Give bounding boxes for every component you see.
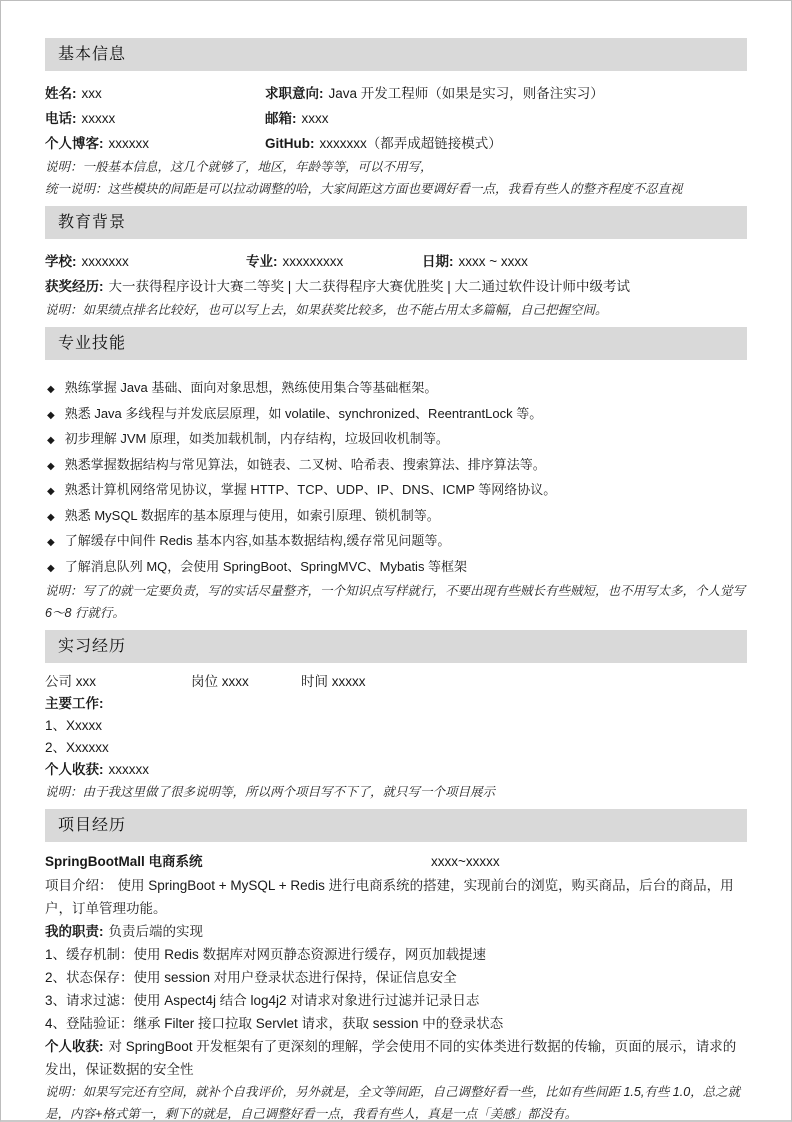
project-title-row: SpringBootMall 电商系统 xxxx~xxxxx <box>45 850 747 874</box>
project-gain-label: 个人收获: <box>45 1039 104 1054</box>
job-intention-label: 求职意向: <box>265 86 324 101</box>
skill-item: ◆了解缓存中间件 Redis 基本内容,如基本数据结构,缓存常见问题等。 <box>45 529 747 555</box>
skill-item: ◆熟悉掌握数据结构与常见算法，如链表、二叉树、哈希表、搜索算法、排序算法等。 <box>45 453 747 479</box>
section-internship: 实习经历 公司 xxx 岗位 xxxx 时间 xxxxx 主要工作: 1、Xxx… <box>45 630 747 807</box>
resume-page: 基本信息 姓名:xxx 求职意向:Java 开发工程师（如果是实习，则备注实习）… <box>0 0 792 1122</box>
name-value: xxx <box>82 86 102 101</box>
github-value: xxxxxxx（都弄成超链接模式） <box>320 136 502 151</box>
awards-row: 获奖经历:大一获得程序设计大赛二等奖 | 大二获得程序大赛优胜奖 | 大二通过软… <box>45 274 747 299</box>
skill-item: ◆熟练掌握 Java 基础、面向对象思想，熟练使用集合等基础框架。 <box>45 376 747 402</box>
section-title: 专业技能 <box>58 335 126 352</box>
section-header-skills: 专业技能 <box>45 327 747 360</box>
diamond-bullet-icon: ◆ <box>47 404 55 428</box>
date-label: 日期: <box>422 254 454 269</box>
basic-info-body: 姓名:xxx 求职意向:Java 开发工程师（如果是实习，则备注实习） 电话:x… <box>45 71 747 204</box>
skill-item: ◆熟悉计算机网络常见协议，掌握 HTTP、TCP、UDP、IP、DNS、ICMP… <box>45 478 747 504</box>
email-label: 邮箱: <box>265 111 297 126</box>
project-date: xxxx~xxxxx <box>431 850 500 874</box>
skill-text: 熟练掌握 Java 基础、面向对象思想，熟练使用集合等基础框架。 <box>65 376 438 400</box>
phone-value: xxxxx <box>82 111 116 126</box>
skill-text: 了解缓存中间件 Redis 基本内容,如基本数据结构,缓存常见问题等。 <box>65 529 451 553</box>
project-intro: 项目介绍：使用 SpringBoot + MySQL + Redis 进行电商系… <box>45 874 747 920</box>
project-item: 2、状态保存：使用 session 对用户登录状态进行保持，保证信息安全 <box>45 966 747 989</box>
school-value: xxxxxxx <box>82 254 129 269</box>
section-header-internship: 实习经历 <box>45 630 747 663</box>
section-title: 基本信息 <box>58 46 126 63</box>
diamond-bullet-icon: ◆ <box>47 531 55 555</box>
internship-body: 公司 xxx 岗位 xxxx 时间 xxxxx 主要工作: 1、Xxxxx 2、… <box>45 663 747 807</box>
time-value: 时间 xxxxx <box>301 671 366 693</box>
section-title: 项目经历 <box>58 817 126 834</box>
diamond-bullet-icon: ◆ <box>47 429 55 453</box>
basic-info-row: 姓名:xxx 求职意向:Java 开发工程师（如果是实习，则备注实习） <box>45 81 747 106</box>
section-title: 实习经历 <box>58 638 126 655</box>
project-name: SpringBootMall 电商系统 <box>45 850 431 874</box>
main-work-label: 主要工作: <box>45 696 104 711</box>
project-body: SpringBootMall 电商系统 xxxx~xxxxx 项目介绍：使用 S… <box>45 842 747 1122</box>
education-row: 学校:xxxxxxx 专业:xxxxxxxxx 日期:xxxx ~ xxxx <box>45 249 747 274</box>
gain-value: xxxxxx <box>109 762 150 777</box>
project-item: 3、请求过滤：使用 Aspect4j 结合 log4j2 对请求对象进行过滤并记… <box>45 989 747 1012</box>
work-item: 2、Xxxxxx <box>45 737 747 759</box>
duty-value: 负责后端的实现 <box>109 924 204 939</box>
section-project: 项目经历 SpringBootMall 电商系统 xxxx~xxxxx 项目介绍… <box>45 809 747 1122</box>
basic-info-note: 说明：一般基本信息，这几个就够了，地区，年龄等等，可以不用写， <box>45 156 747 178</box>
project-note: 说明：如果写完还有空间，就补个自我评价，另外就是，全文等间距，自己调整好看一些，… <box>45 1081 747 1122</box>
education-note: 说明：如果绩点排名比较好，也可以写上去，如果获奖比较多，也不能占用太多篇幅，自己… <box>45 299 747 321</box>
section-education: 教育背景 学校:xxxxxxx 专业:xxxxxxxxx 日期:xxxx ~ x… <box>45 206 747 325</box>
education-body: 学校:xxxxxxx 专业:xxxxxxxxx 日期:xxxx ~ xxxx 获… <box>45 239 747 325</box>
skills-note: 说明：写了的就一定要负责，写的实话尽量整齐，一个知识点写样就行，不要出现有些贼长… <box>45 580 747 624</box>
name-label: 姓名: <box>45 86 77 101</box>
project-gain-value: 对 SpringBoot 开发框架有了更深刻的理解，学会使用不同的实体类进行数据… <box>45 1039 736 1077</box>
major-label: 专业: <box>246 254 278 269</box>
date-value: xxxx ~ xxxx <box>459 254 528 269</box>
blog-value: xxxxxx <box>109 136 150 151</box>
section-header-basic-info: 基本信息 <box>45 38 747 71</box>
work-item: 1、Xxxxx <box>45 715 747 737</box>
awards-value: 大一获得程序设计大赛二等奖 | 大二获得程序大赛优胜奖 | 大二通过软件设计师中… <box>109 279 631 294</box>
skill-item: ◆了解消息队列 MQ，会使用 SpringBoot、SpringMVC、Myba… <box>45 555 747 581</box>
skill-item: ◆熟悉 Java 多线程与并发底层原理，如 volatile、synchroni… <box>45 402 747 428</box>
skills-body: ◆熟练掌握 Java 基础、面向对象思想，熟练使用集合等基础框架。 ◆熟悉 Ja… <box>45 360 747 628</box>
project-intro-value: 使用 SpringBoot + MySQL + Redis 进行电商系统的搭建，… <box>45 878 734 916</box>
company-value: 公司 xxx <box>45 671 191 693</box>
skill-text: 熟悉 MySQL 数据库的基本原理与使用，如索引原理、锁机制等。 <box>65 504 440 528</box>
section-header-project: 项目经历 <box>45 809 747 842</box>
post-value: 岗位 xxxx <box>191 671 301 693</box>
blog-label: 个人博客: <box>45 136 104 151</box>
skill-item: ◆初步理解 JVM 原理，如类加载机制，内存结构，垃圾回收机制等。 <box>45 427 747 453</box>
diamond-bullet-icon: ◆ <box>47 557 55 581</box>
github-label: GitHub: <box>265 136 315 151</box>
awards-label: 获奖经历: <box>45 279 104 294</box>
global-spacing-note: 统一说明：这些模块的间距是可以拉动调整的哈，大家间距这方面也要调好看一点，我看有… <box>45 178 747 200</box>
basic-info-row: 个人博客:xxxxxx GitHub:xxxxxxx（都弄成超链接模式） <box>45 131 747 156</box>
skill-text: 熟悉 Java 多线程与并发底层原理，如 volatile、synchroniz… <box>65 402 543 426</box>
school-label: 学校: <box>45 254 77 269</box>
phone-label: 电话: <box>45 111 77 126</box>
project-intro-label: 项目介绍： <box>45 878 113 893</box>
project-item: 4、登陆验证：继承 Filter 接口拉取 Servlet 请求，获取 sess… <box>45 1012 747 1035</box>
section-basic-info: 基本信息 姓名:xxx 求职意向:Java 开发工程师（如果是实习，则备注实习）… <box>45 38 747 204</box>
skill-item: ◆熟悉 MySQL 数据库的基本原理与使用，如索引原理、锁机制等。 <box>45 504 747 530</box>
duty-label: 我的职责: <box>45 924 104 939</box>
section-header-education: 教育背景 <box>45 206 747 239</box>
section-skills: 专业技能 ◆熟练掌握 Java 基础、面向对象思想，熟练使用集合等基础框架。 ◆… <box>45 327 747 628</box>
section-title: 教育背景 <box>58 214 126 231</box>
skill-text: 熟悉掌握数据结构与常见算法，如链表、二叉树、哈希表、搜索算法、排序算法等。 <box>65 453 546 477</box>
skills-list: ◆熟练掌握 Java 基础、面向对象思想，熟练使用集合等基础框架。 ◆熟悉 Ja… <box>45 376 747 580</box>
diamond-bullet-icon: ◆ <box>47 378 55 402</box>
skill-text: 熟悉计算机网络常见协议，掌握 HTTP、TCP、UDP、IP、DNS、ICMP … <box>65 478 557 502</box>
gain-label: 个人收获: <box>45 762 104 777</box>
diamond-bullet-icon: ◆ <box>47 506 55 530</box>
diamond-bullet-icon: ◆ <box>47 480 55 504</box>
project-duty: 我的职责:负责后端的实现 <box>45 920 747 943</box>
major-value: xxxxxxxxx <box>283 254 344 269</box>
job-intention-value: Java 开发工程师（如果是实习，则备注实习） <box>329 86 604 101</box>
skill-text: 初步理解 JVM 原理，如类加载机制，内存结构，垃圾回收机制等。 <box>65 427 449 451</box>
project-gain: 个人收获:对 SpringBoot 开发框架有了更深刻的理解，学会使用不同的实体… <box>45 1035 747 1081</box>
internship-meta-row: 公司 xxx 岗位 xxxx 时间 xxxxx <box>45 671 747 693</box>
email-value: xxxx <box>302 111 329 126</box>
diamond-bullet-icon: ◆ <box>47 455 55 479</box>
skill-text: 了解消息队列 MQ，会使用 SpringBoot、SpringMVC、Mybat… <box>65 555 467 579</box>
basic-info-row: 电话:xxxxx 邮箱:xxxx <box>45 106 747 131</box>
project-item: 1、缓存机制：使用 Redis 数据库对网页静态资源进行缓存，网页加载提速 <box>45 943 747 966</box>
internship-note: 说明：由于我这里做了很多说明等，所以两个项目写不下了，就只写一个项目展示 <box>45 781 747 803</box>
